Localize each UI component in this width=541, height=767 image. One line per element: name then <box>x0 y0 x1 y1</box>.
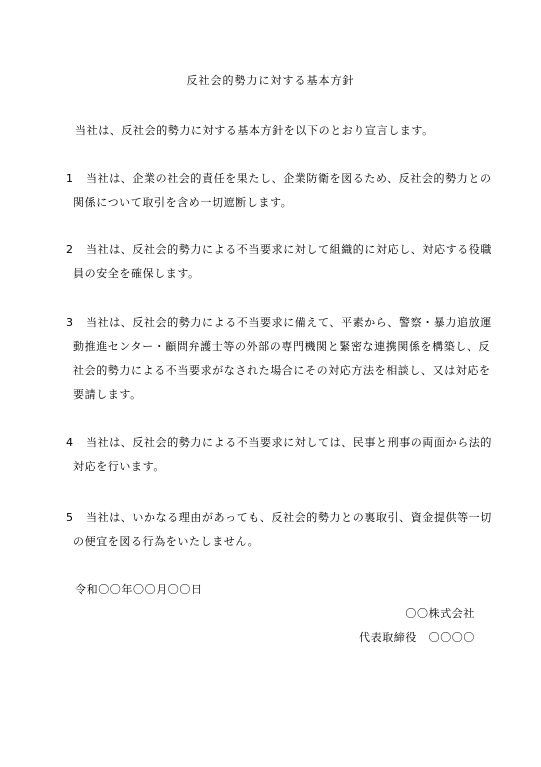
date: 令和〇〇年〇〇月〇〇日 <box>75 583 203 596</box>
list-item-3-cont-3: 要請します。 <box>73 388 142 401</box>
document-title: 反社会的勢力に対する基本方針 <box>0 74 541 87</box>
list-item-5-cont: の便宜を図る行為をいたしません。 <box>73 535 259 548</box>
item-number: 4 <box>66 436 86 449</box>
intro-text: 当社は、反社会的勢力に対する基本方針を以下のとおり宣言します。 <box>75 124 434 137</box>
list-item-3-cont-1: 動推進センター・顧問弁護士等の外部の専門機関と緊密な連携関係を構築し、反 <box>73 340 490 353</box>
item-number: 3 <box>66 316 86 329</box>
list-item-1: 1当社は、企業の社会的責任を果たし、企業防衛を図るため、反社会的勢力との <box>66 172 492 185</box>
item-number: 1 <box>66 172 86 185</box>
list-item-1-cont: 関係について取引を含め一切遮断します。 <box>73 196 292 209</box>
document-page: 反社会的勢力に対する基本方針 当社は、反社会的勢力に対する基本方針を以下のとおり… <box>0 0 541 767</box>
list-item-4-cont: 対応を行います。 <box>73 460 165 473</box>
list-item-5: 5当社は、いかなる理由があっても、反社会的勢力との裏取引、資金提供等一切 <box>66 511 492 524</box>
list-item-3-cont-2: 社会的勢力による不当要求がなされた場合にその対応方法を相談し、又は対応を <box>73 364 491 377</box>
list-item-2: 2当社は、反社会的勢力による不当要求に対して組織的に対応し、対応する役職 <box>66 243 492 256</box>
list-item-3: 3当社は、反社会的勢力による不当要求に備えて、平素から、警察・暴力追放運 <box>66 316 492 329</box>
list-item-2-cont: 員の安全を確保します。 <box>73 267 200 280</box>
company-name: 〇〇株式会社 <box>405 607 475 620</box>
item-number: 5 <box>66 511 86 524</box>
list-item-4: 4当社は、反社会的勢力による不当要求に対しては、民事と刑事の両面から法的 <box>66 436 492 449</box>
signatory: 代表取締役 〇〇〇〇 <box>359 631 475 644</box>
item-number: 2 <box>66 243 86 256</box>
